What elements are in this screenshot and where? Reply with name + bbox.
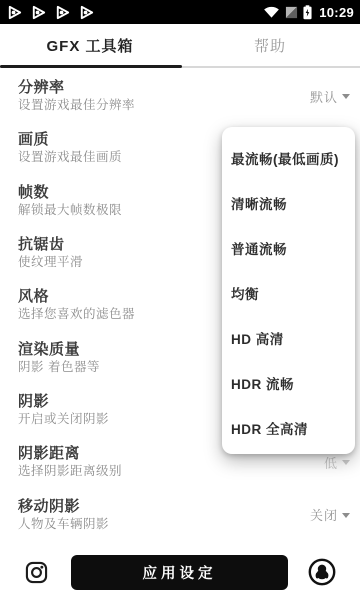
battery-charging-icon (303, 5, 312, 20)
dropdown-option-hd[interactable]: HD 高清 (222, 315, 355, 360)
setting-subtitle: 选择阴影距离级别 (18, 463, 122, 480)
setting-row-resolution[interactable]: 分辨率 设置游戏最佳分辨率 默认 (0, 70, 360, 122)
apply-settings-button[interactable]: 应用设定 (71, 555, 288, 590)
instagram-icon[interactable] (25, 561, 48, 584)
play-icon (30, 4, 47, 21)
tab-help[interactable]: 帮助 (180, 24, 360, 66)
tab-bar: GFX 工具箱 帮助 (0, 24, 360, 68)
active-tab-indicator (0, 65, 182, 69)
selected-value: 低 (324, 453, 338, 472)
setting-subtitle: 设置游戏最佳画质 (18, 149, 122, 166)
chevron-down-icon (342, 460, 350, 465)
dropdown-option-clear-smooth[interactable]: 清晰流畅 (222, 180, 355, 225)
setting-subtitle: 人物及车辆阴影 (18, 516, 109, 533)
tab-gfx-toolbox[interactable]: GFX 工具箱 (0, 24, 180, 66)
setting-subtitle: 解锁最大帧数极限 (18, 202, 122, 219)
setting-subtitle: 开启或关闭阴影 (18, 411, 109, 428)
dropdown-option-hdr-smooth[interactable]: HDR 流畅 (222, 360, 355, 405)
setting-title: 阴影 (18, 392, 109, 411)
quality-dropdown-menu: 最流畅(最低画质) 清晰流畅 普通流畅 均衡 HD 高清 HDR 流畅 HDR … (222, 127, 355, 454)
setting-subtitle: 设置游戏最佳分辨率 (18, 97, 135, 114)
resolution-value-dropdown[interactable]: 默认 (310, 87, 350, 106)
no-sim-icon (285, 6, 298, 19)
setting-title: 分辨率 (18, 78, 135, 97)
qq-icon[interactable] (308, 558, 336, 586)
setting-title: 画质 (18, 130, 122, 149)
moving-shadows-value-dropdown[interactable]: 关闭 (310, 505, 350, 524)
setting-subtitle: 使纹理平滑 (18, 254, 83, 271)
selected-value: 默认 (310, 87, 338, 106)
setting-title: 阴影距离 (18, 444, 122, 463)
setting-title: 渲染质量 (18, 340, 100, 359)
setting-title: 风格 (18, 287, 135, 306)
dropdown-option-normal-smooth[interactable]: 普通流畅 (222, 225, 355, 270)
bottom-bar: 应用设定 (0, 544, 360, 600)
setting-title: 抗锯齿 (18, 235, 83, 254)
play-icon (78, 4, 95, 21)
setting-row-moving-shadows[interactable]: 移动阴影 人物及车辆阴影 关闭 (0, 488, 360, 540)
setting-subtitle: 阴影 着色器等 (18, 359, 100, 376)
clock: 10:29 (319, 5, 354, 20)
status-bar: 10:29 (0, 0, 360, 24)
wifi-icon (263, 5, 280, 19)
setting-title: 移动阴影 (18, 497, 109, 516)
setting-title: 帧数 (18, 183, 122, 202)
selected-value: 关闭 (310, 505, 338, 524)
shadow-distance-value-dropdown[interactable]: 低 (324, 453, 350, 472)
chevron-down-icon (342, 513, 350, 518)
play-icon (6, 4, 23, 21)
dropdown-option-hdr-fullhd[interactable]: HDR 全高清 (222, 405, 355, 450)
play-icon (54, 4, 71, 21)
chevron-down-icon (342, 94, 350, 99)
dropdown-option-balanced[interactable]: 均衡 (222, 270, 355, 315)
dropdown-option-smoothest[interactable]: 最流畅(最低画质) (222, 135, 355, 180)
notification-icons (6, 4, 95, 21)
setting-subtitle: 选择您喜欢的滤色器 (18, 306, 135, 323)
